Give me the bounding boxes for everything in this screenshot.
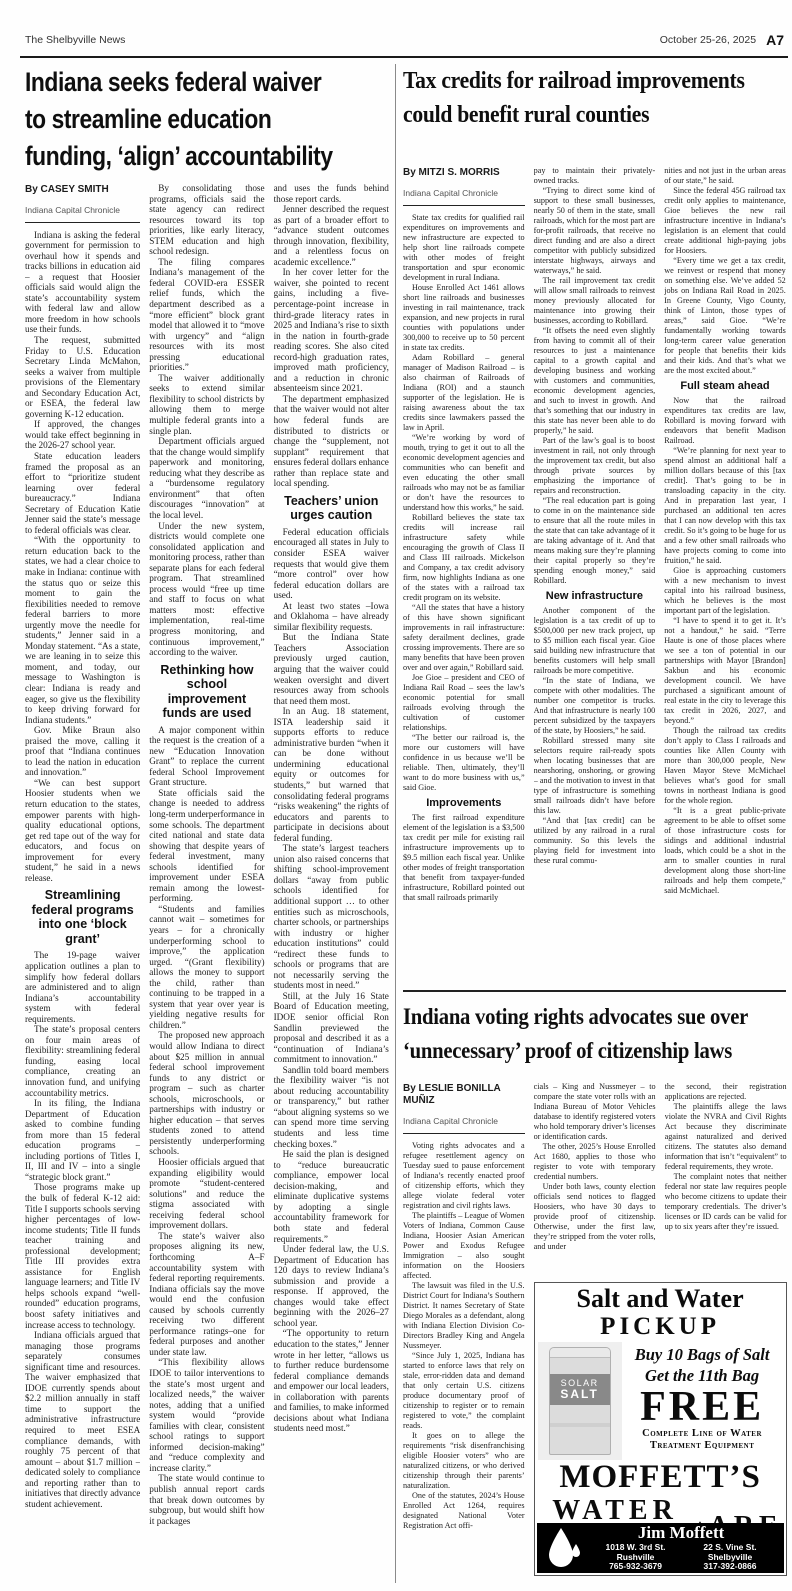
article-paragraph: In its filing, the Indiana Department of… bbox=[25, 1098, 140, 1182]
article-paragraph: The rail improvement tax credit will all… bbox=[534, 276, 656, 326]
article-column: nities and not just in the urban areas o… bbox=[664, 166, 786, 938]
article-paragraph: “In the state of Indiana, we compete wit… bbox=[534, 676, 656, 736]
article-column: By CASEY SMITHIndiana Capital ChronicleI… bbox=[25, 183, 140, 1583]
article-paragraph: The lawsuit was filed in the U.S. Distri… bbox=[403, 1281, 525, 1351]
article-paragraph: Joe Gioe – president and CEO of Indiana … bbox=[403, 673, 525, 733]
masthead: The Shelbyville News October 25-26, 2025… bbox=[25, 34, 784, 46]
article-paragraph: By consolidating those programs, officia… bbox=[149, 183, 264, 257]
article-paragraph: The complaint notes that neither federal… bbox=[665, 1172, 787, 1232]
headline-line: funding, ‘align’ accountability bbox=[25, 138, 333, 175]
article-paragraph: Now that the railroad expenditures tax c… bbox=[664, 396, 786, 446]
article-paragraph: Adam Robillard – general manager of Madi… bbox=[403, 353, 525, 433]
article-paragraph: The first railroad expenditure element o… bbox=[403, 813, 525, 903]
article-paragraph: State officials said the change is neede… bbox=[149, 788, 264, 904]
article-paragraph: “Since July 1, 2025, Indiana has started… bbox=[403, 1351, 525, 1431]
ad-location: 1018 W. 3rd St. Rushville 765-932-3679 bbox=[606, 1543, 666, 1572]
ad-contact: Jim Moffett 1018 W. 3rd St. Rushville 76… bbox=[587, 1524, 776, 1572]
article-column: cials – King and Nussmeyer – to compare … bbox=[534, 1082, 656, 1278]
article-paragraph: “The real education part is going to com… bbox=[534, 496, 656, 586]
article-paragraph: “We’re working by word of mouth, trying … bbox=[403, 433, 525, 513]
article-column: the second, their registration applicati… bbox=[665, 1082, 787, 1278]
article-credit: Indiana Capital Chronicle bbox=[403, 1116, 525, 1134]
article-paragraph: “We’re planning for next year to spend a… bbox=[664, 446, 786, 566]
article-byline: By LESLIE BONILLA MUÑIZ bbox=[403, 1083, 525, 1107]
article-paragraph: Robillard stressed many site selectors r… bbox=[534, 736, 656, 816]
article-divider-horizontal bbox=[403, 990, 786, 992]
ad-location-phone: 765-932-3679 bbox=[606, 1562, 666, 1572]
salt-bag-label: SOLAR SALT bbox=[550, 1374, 610, 1405]
ad-middle-row: SOLAR SALT Buy 10 Bags of Salt Get the 1… bbox=[538, 1342, 783, 1460]
article-paragraph: The plaintiffs allege the laws violate t… bbox=[665, 1102, 787, 1172]
issue-date: October 25-26, 2025 bbox=[660, 34, 756, 46]
ad-brand-name: MOFFETT’S bbox=[538, 1460, 783, 1495]
headline-line: ‘unnecessary’ proof of citizenship laws bbox=[403, 1034, 740, 1068]
article-column: By consolidating those programs, officia… bbox=[149, 183, 264, 1583]
ad-location-phone: 317-392-0866 bbox=[703, 1562, 756, 1572]
article-columns: By MITZI S. MORRISIndiana Capital Chroni… bbox=[403, 166, 786, 938]
article-columns: cials – King and Nussmeyer – to compare … bbox=[534, 1082, 787, 1278]
article-paragraph: The plaintiffs – League of Women Voters … bbox=[403, 1211, 525, 1281]
article-paragraph: The other, 2025’s House Enrolled Act 168… bbox=[534, 1142, 656, 1182]
article-paragraph: Sandlin told board members the flexibili… bbox=[274, 1065, 389, 1149]
article-headline: Indiana voting rights advocates sue over… bbox=[403, 1000, 786, 1068]
article-paragraph: “The better our railroad is, the more ou… bbox=[403, 733, 525, 793]
article-paragraph: In an Aug. 18 statement, ISTA leadership… bbox=[274, 706, 389, 843]
ad-title: Salt and Water bbox=[538, 1285, 783, 1313]
article-credit: Indiana Capital Chronicle bbox=[25, 205, 140, 223]
article-byline: By MITZI S. MORRIS bbox=[403, 167, 525, 179]
article-paragraph: Under the new system, districts would co… bbox=[149, 521, 264, 658]
article-paragraph: The 19-page waiver application outlines … bbox=[25, 950, 140, 1024]
article-paragraph: But the Indiana State Teachers Associati… bbox=[274, 632, 389, 706]
article-paragraph: It goes on to allege the requirements “r… bbox=[403, 1431, 525, 1491]
article-paragraph: Gioe is approaching customers with a new… bbox=[664, 566, 786, 616]
article-paragraph: “It offsets the need even slightly from … bbox=[534, 326, 656, 436]
salt-bag-image: SOLAR SALT bbox=[538, 1342, 622, 1460]
article-byline: By CASEY SMITH bbox=[25, 184, 140, 196]
article-paragraph: Robillard believes the state tax credits… bbox=[403, 513, 525, 603]
article-paragraph: The filing compares Indiana’s management… bbox=[149, 257, 264, 373]
article-subhead: Teachers’ union urges caution bbox=[276, 494, 387, 523]
article-paragraph: nities and not just in the urban areas o… bbox=[664, 166, 786, 186]
article-paragraph: “And that [tax credit] can be utilized b… bbox=[534, 816, 656, 866]
article-subhead: Full steam ahead bbox=[664, 380, 786, 393]
article-subhead: Rethinking how school improvement funds … bbox=[151, 663, 262, 721]
article-paragraph: “Students and families cannot wait – som… bbox=[149, 904, 264, 1031]
masthead-title: The Shelbyville News bbox=[25, 34, 125, 46]
article-paragraph: The state’s proposal centers on four mai… bbox=[25, 1024, 140, 1098]
article-paragraph: The waiver additionally seeks to extend … bbox=[149, 373, 264, 436]
ad-free-text: FREE bbox=[622, 1386, 783, 1428]
salt-bag: SOLAR SALT bbox=[549, 1347, 611, 1455]
newspaper-page: The Shelbyville News October 25-26, 2025… bbox=[0, 0, 792, 1591]
article-column: pay to maintain their privately-owned tr… bbox=[534, 166, 656, 938]
article-paragraph: “It is a great public-private agreement … bbox=[664, 806, 786, 896]
article-credit: Indiana Capital Chronicle bbox=[403, 188, 525, 206]
article-paragraph: He said the plan is designed to “reduce … bbox=[274, 1149, 389, 1244]
article-paragraph: Part of the law’s goal is to boost inves… bbox=[534, 436, 656, 496]
article-paragraph: pay to maintain their privately-owned tr… bbox=[534, 166, 656, 186]
article-paragraph: Indiana officials argued that managing t… bbox=[25, 1330, 140, 1509]
ad-footer: Jim Moffett 1018 W. 3rd St. Rushville 76… bbox=[537, 1523, 784, 1573]
article-paragraph: The request, submitted Friday to U.S. Ed… bbox=[25, 335, 140, 419]
headline-line: Tax credits for railroad improvements bbox=[403, 64, 748, 98]
article-education-waiver: Indiana seeks federal waiver to streamli… bbox=[25, 64, 389, 1583]
masthead-rule bbox=[20, 56, 788, 58]
article-paragraph: cials – King and Nussmeyer – to compare … bbox=[534, 1082, 656, 1142]
article-paragraph: Indiana is asking the federal government… bbox=[25, 230, 140, 335]
article-voting-rights-lawsuit: Indiana voting rights advocates sue over… bbox=[403, 1000, 786, 1581]
article-paragraph: The state’s waiver also proposes alignin… bbox=[149, 1231, 264, 1358]
article-railroad-tax-credits: Tax credits for railroad improvements co… bbox=[403, 64, 786, 938]
article-columns: By LESLIE BONILLA MUÑIZIndiana Capital C… bbox=[403, 1082, 525, 1581]
article-paragraph: and uses the funds behind those report c… bbox=[274, 183, 389, 204]
article-paragraph: the second, their registration applicati… bbox=[665, 1082, 787, 1102]
article-paragraph: Department officials argued that the cha… bbox=[149, 436, 264, 520]
article-right-area: cials – King and Nussmeyer – to compare … bbox=[534, 1082, 787, 1581]
article-paragraph: Under federal law, the U.S. Department o… bbox=[274, 1244, 389, 1328]
article-columns: By CASEY SMITHIndiana Capital ChronicleI… bbox=[25, 183, 389, 1583]
salt-bag-stripe bbox=[550, 1423, 610, 1427]
article-paragraph: The department emphasized that the waive… bbox=[274, 394, 389, 489]
article-paragraph: “All the states that have a history of t… bbox=[403, 603, 525, 673]
article-paragraph: Gov. Mike Braun also praised the move, c… bbox=[25, 725, 140, 778]
ad-offer-line: Buy 10 Bags of Salt bbox=[622, 1344, 783, 1365]
article-body: By LESLIE BONILLA MUÑIZIndiana Capital C… bbox=[403, 1082, 786, 1581]
article-paragraph: Since the federal 45G railroad tax credi… bbox=[664, 186, 786, 256]
article-paragraph: Still, at the July 16 State Board of Edu… bbox=[274, 991, 389, 1065]
article-paragraph: Under both laws, county election officia… bbox=[534, 1182, 656, 1252]
article-column: By LESLIE BONILLA MUÑIZIndiana Capital C… bbox=[403, 1082, 525, 1581]
article-paragraph: Federal education officials encouraged a… bbox=[274, 527, 389, 601]
article-paragraph: Jenner described the request as part of … bbox=[274, 204, 389, 267]
article-paragraph: The proposed new approach would allow In… bbox=[149, 1030, 264, 1157]
article-headline: Indiana seeks federal waiver to streamli… bbox=[25, 64, 389, 175]
article-paragraph: One of the statutes, 2024’s House Enroll… bbox=[403, 1491, 525, 1531]
masthead-right: October 25-26, 2025 A7 bbox=[660, 34, 784, 46]
salt-bag-label-line: SALT bbox=[550, 1388, 610, 1401]
article-paragraph: In her cover letter for the waiver, she … bbox=[274, 267, 389, 394]
column-divider-vertical bbox=[395, 64, 396, 1583]
ad-locations: 1018 W. 3rd St. Rushville 765-932-3679 2… bbox=[587, 1543, 776, 1572]
article-paragraph: Voting rights advocates and a refugee re… bbox=[403, 1141, 525, 1211]
ad-offer: Buy 10 Bags of Salt Get the 11th Bag FRE… bbox=[622, 1342, 783, 1460]
ad-contact-name: Jim Moffett bbox=[587, 1524, 776, 1542]
article-column: and uses the funds behind those report c… bbox=[274, 183, 389, 1583]
article-subhead: Streamlining federal programs into one ‘… bbox=[27, 888, 138, 946]
article-subhead: New infrastructure bbox=[534, 590, 656, 603]
article-paragraph: “I have to spend it to get it. It’s not … bbox=[664, 616, 786, 726]
ad-equipment-line: Complete Line of Water bbox=[622, 1428, 783, 1440]
article-paragraph: “We can best support Hoosier students wh… bbox=[25, 778, 140, 883]
article-paragraph: The state would continue to publish annu… bbox=[149, 1473, 264, 1526]
article-paragraph: At least two states –Iowa and Oklahoma –… bbox=[274, 601, 389, 633]
article-paragraph: Hoosier officials argued that expanding … bbox=[149, 1157, 264, 1231]
page-number: A7 bbox=[766, 34, 784, 46]
ad-title: PICKUP bbox=[538, 1313, 783, 1340]
ad-location: 22 S. Vine St. Shelbyville 317-392-0866 bbox=[703, 1543, 756, 1572]
advertisement-moffetts-water-care: Salt and Water PICKUP SOLAR SALT bbox=[534, 1282, 787, 1576]
article-subhead: Improvements bbox=[403, 797, 525, 810]
article-paragraph: State tax credits for qualified rail exp… bbox=[403, 213, 525, 283]
article-paragraph: Those programs make up the bulk of feder… bbox=[25, 1182, 140, 1330]
salt-bag-crimp bbox=[550, 1348, 610, 1358]
headline-line: Indiana seeks federal waiver bbox=[25, 64, 333, 101]
article-column: By MITZI S. MORRISIndiana Capital Chroni… bbox=[403, 166, 525, 938]
ad-offer-line: Get the 11th Bag bbox=[622, 1365, 783, 1386]
article-paragraph: A major component within the request is … bbox=[149, 725, 264, 788]
article-paragraph: “Trying to direct some kind of support t… bbox=[534, 186, 656, 276]
article-headline: Tax credits for railroad improvements co… bbox=[403, 64, 786, 132]
ad-equipment-line: Treatment Equipment bbox=[622, 1440, 783, 1452]
article-paragraph: Another component of the legislation is … bbox=[534, 606, 656, 676]
article-paragraph: State education leaders framed the propo… bbox=[25, 451, 140, 535]
article-paragraph: “With the opportunity to return educatio… bbox=[25, 535, 140, 725]
article-paragraph: If approved, the changes would take effe… bbox=[25, 419, 140, 451]
article-paragraph: Though the railroad tax credits don’t ap… bbox=[664, 726, 786, 806]
article-paragraph: The state’s largest teachers union also … bbox=[274, 843, 389, 991]
headline-line: could benefit rural counties bbox=[403, 98, 748, 132]
headline-line: Indiana voting rights advocates sue over bbox=[403, 1000, 740, 1034]
headline-line: to streamline education bbox=[25, 101, 333, 138]
article-paragraph: House Enrolled Act 1461 allows short lin… bbox=[403, 283, 525, 353]
article-paragraph: “Every time we get a tax credit, we rein… bbox=[664, 256, 786, 376]
water-drop-logo-icon bbox=[545, 1526, 581, 1570]
article-paragraph: “This flexibility allows IDOE to tailor … bbox=[149, 1357, 264, 1473]
article-paragraph: “The opportunity to return education to … bbox=[274, 1328, 389, 1433]
